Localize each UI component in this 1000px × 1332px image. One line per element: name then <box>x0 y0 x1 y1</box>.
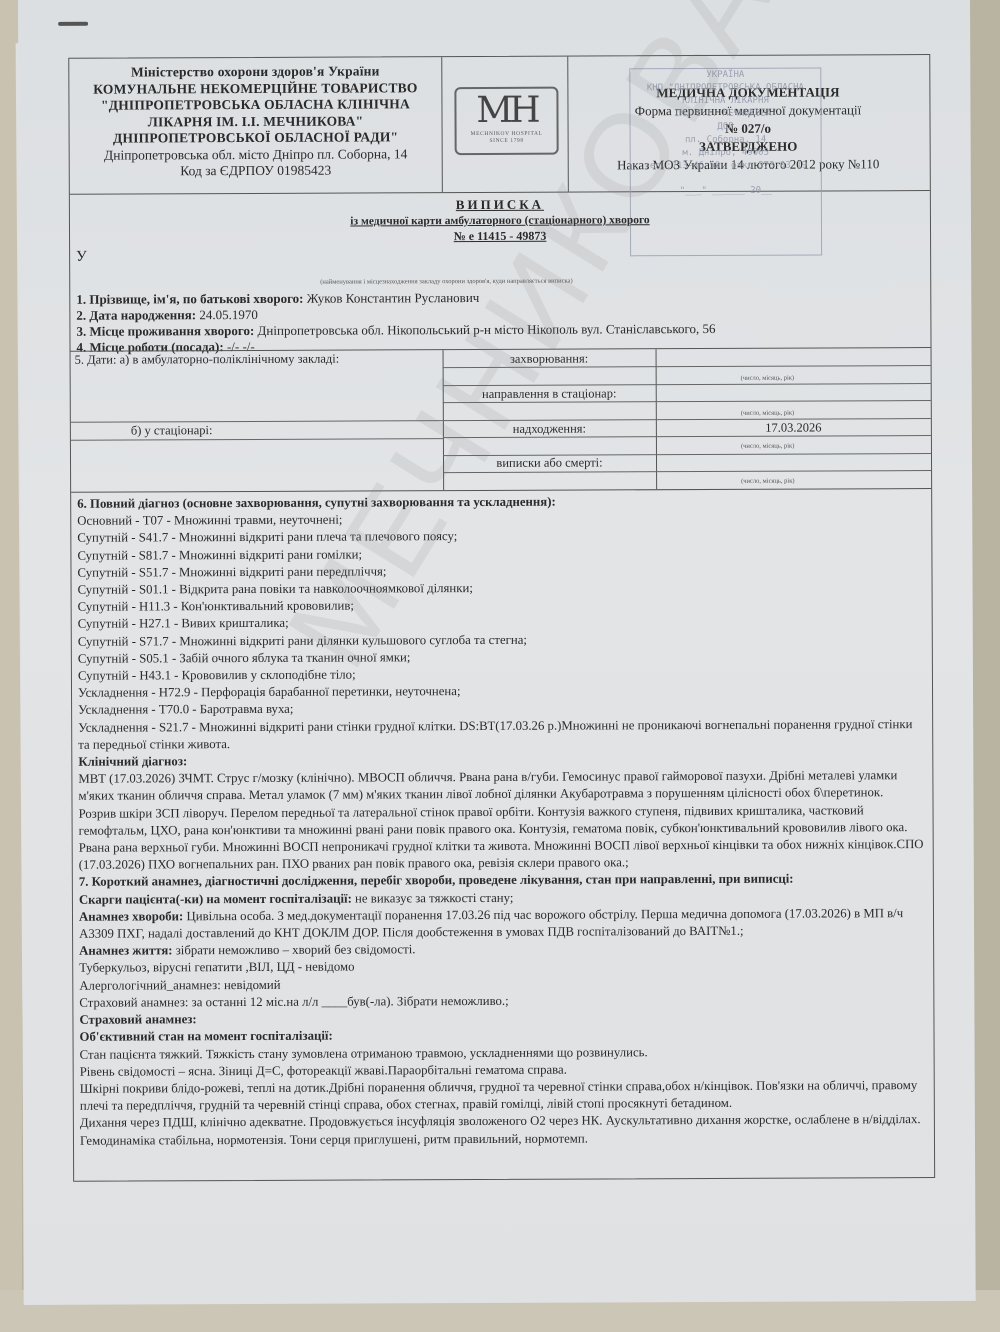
stamp-line: пл. Соборна, 14 <box>631 133 821 147</box>
disease-history-text: Цивільна особа. З мед.документації поран… <box>79 906 903 941</box>
staple-mark <box>58 22 88 26</box>
dates-section-label: 5. Дати: а) в амбулаторно-поліклінічному… <box>75 352 340 368</box>
life-history-text: зібрати неможливо – хворий без свідомост… <box>176 943 416 958</box>
hospital-logo: MH MECHNIKOV HOSPITAL SINCE 1798 <box>454 87 558 155</box>
stamp-line: тел.:713-46-50, факс:373-03-19 <box>631 159 821 173</box>
admission-date: 17.03.2026 <box>656 420 931 436</box>
date-caption: (число, місяць, рік) <box>741 410 794 417</box>
institution-address: Дніпропетровська обл. місто Дніпро пл. С… <box>70 146 442 164</box>
institution-block: Міністерство охорони здоров'я України КО… <box>69 57 442 200</box>
recipient-caption: (найменування і місцезнаходження закладу… <box>320 278 572 286</box>
objective-line: Гемодинаміка стабільна, нормотензія. Тон… <box>80 1129 925 1150</box>
clinical-diagnosis-text: МВТ (17.03.2026) ЗЧМТ. Струс г/мозку (кл… <box>78 767 923 874</box>
objective-status: Стан пацієнта тяжкий. Тяжкість стану зум… <box>80 1043 925 1150</box>
residence-label: 3. Місце проживання хворого: <box>76 323 254 339</box>
patient-residence: Дніпропетровська обл. Нікопольський р-н … <box>258 321 716 338</box>
dates-label: 5. Дати: <box>75 353 117 367</box>
objective-line: Дихання через ПДШ, клінічно адекватне. П… <box>80 1111 925 1132</box>
complaints-label: Скарги пацієнта(-ки) на момент госпіталі… <box>79 891 352 906</box>
logo-since: SINCE 1798 <box>457 138 557 145</box>
logo-mark: MH <box>456 91 556 131</box>
date-caption: (число, місяць, рік) <box>741 375 794 382</box>
diagnosis-item: Ускладнення - S21.7 - Множинні відкриті … <box>78 716 923 754</box>
diagnosis-list: Основний - Т07 - Множинні травми, неуточ… <box>77 509 923 754</box>
recipient-prefix: У <box>76 249 87 266</box>
date-caption: (число, місяць, рік) <box>741 478 794 485</box>
stamp-line: УКРАЇНА <box>630 68 820 82</box>
date-label-referral: направлення в стаціонар: <box>443 386 656 402</box>
org-line: ДНІПРОПЕТРОВСЬКОЇ ОБЛАСНОЇ РАДИ" <box>70 129 442 147</box>
edrpou-code: Код за ЄДРПОУ 01985423 <box>70 162 442 180</box>
disease-history: Анамнез хвороби: Цивільна особа. З мед.д… <box>79 905 924 943</box>
org-line: КОМУНАЛЬНЕ НЕКОМЕРЦІЙНЕ ТОВАРИСТВО <box>69 80 441 98</box>
life-history-label: Анамнез життя: <box>79 944 172 958</box>
dob-label: 2. Дата народження: <box>76 307 196 323</box>
patient-dob: 24.05.1970 <box>199 307 258 322</box>
name-label: 1. Прізвище, ім'я, по батькові хворого: <box>76 291 303 307</box>
logo-cell: MH MECHNIKOV HOSPITAL SINCE 1798 <box>441 57 569 193</box>
outpatient-label: а) в амбулаторно-поліклінічному закладі: <box>120 352 340 367</box>
stamp-line: ІМ. І.І. МЕЧНИКОВА" <box>630 107 820 121</box>
objective-line: Шкірні покриви блідо-рожеві, теплі на до… <box>80 1077 925 1115</box>
document-title-block: ВИПИСКА із медичної карти амбулаторного … <box>70 195 930 246</box>
diagnosis-heading-rest: (основне захворювання, супутні захворюва… <box>183 495 556 511</box>
stamp-line: КНП "ДНІПРОПЕТРОВСЬКА ОБЛАСНА <box>630 81 820 95</box>
complaints-text: не виказує за тяжкості стану; <box>355 891 513 906</box>
patient-name: Жуков Константин Русланович <box>307 290 480 306</box>
discharge-document: Міністерство охорони здоров'я України КО… <box>18 0 976 1305</box>
stamp-line: КЛІНІЧНА ЛІКАРНЯ <box>630 94 820 108</box>
diagnosis-heading-num: 6. Повний діагноз <box>77 496 179 510</box>
patient-info: 1. Прізвище, ім'я, по батькові хворого: … <box>76 289 715 356</box>
dates-table: 5. Дати: а) в амбулаторно-поліклінічному… <box>71 347 932 493</box>
org-line: "ДНІПРОПЕТРОВСЬКА ОБЛАСНА КЛІНІЧНА <box>69 96 441 114</box>
ministry-name: Міністерство охорони здоров'я України <box>69 63 441 81</box>
date-label-illness: захворювання: <box>443 351 656 367</box>
disease-history-label: Анамнез хвороби: <box>79 909 183 923</box>
date-label-admission: надходження: <box>443 421 656 437</box>
stamp-line: ДОР <box>631 120 821 134</box>
stamp-line: м. Дніпро, 49005 <box>631 146 821 160</box>
date-caption: (число, місяць, рік) <box>741 443 794 450</box>
inpatient-label: б) у стаціонарі: <box>131 423 213 438</box>
form-frame: Міністерство охорони здоров'я України КО… <box>68 54 935 1182</box>
date-label-discharge: виписки або смерті: <box>443 455 656 471</box>
org-line: ЛІКАРНЯ ІМ. І.І. МЕЧНИКОВА" <box>69 113 441 131</box>
document-body: 6. Повний діагноз (основне захворювання,… <box>77 492 925 1149</box>
